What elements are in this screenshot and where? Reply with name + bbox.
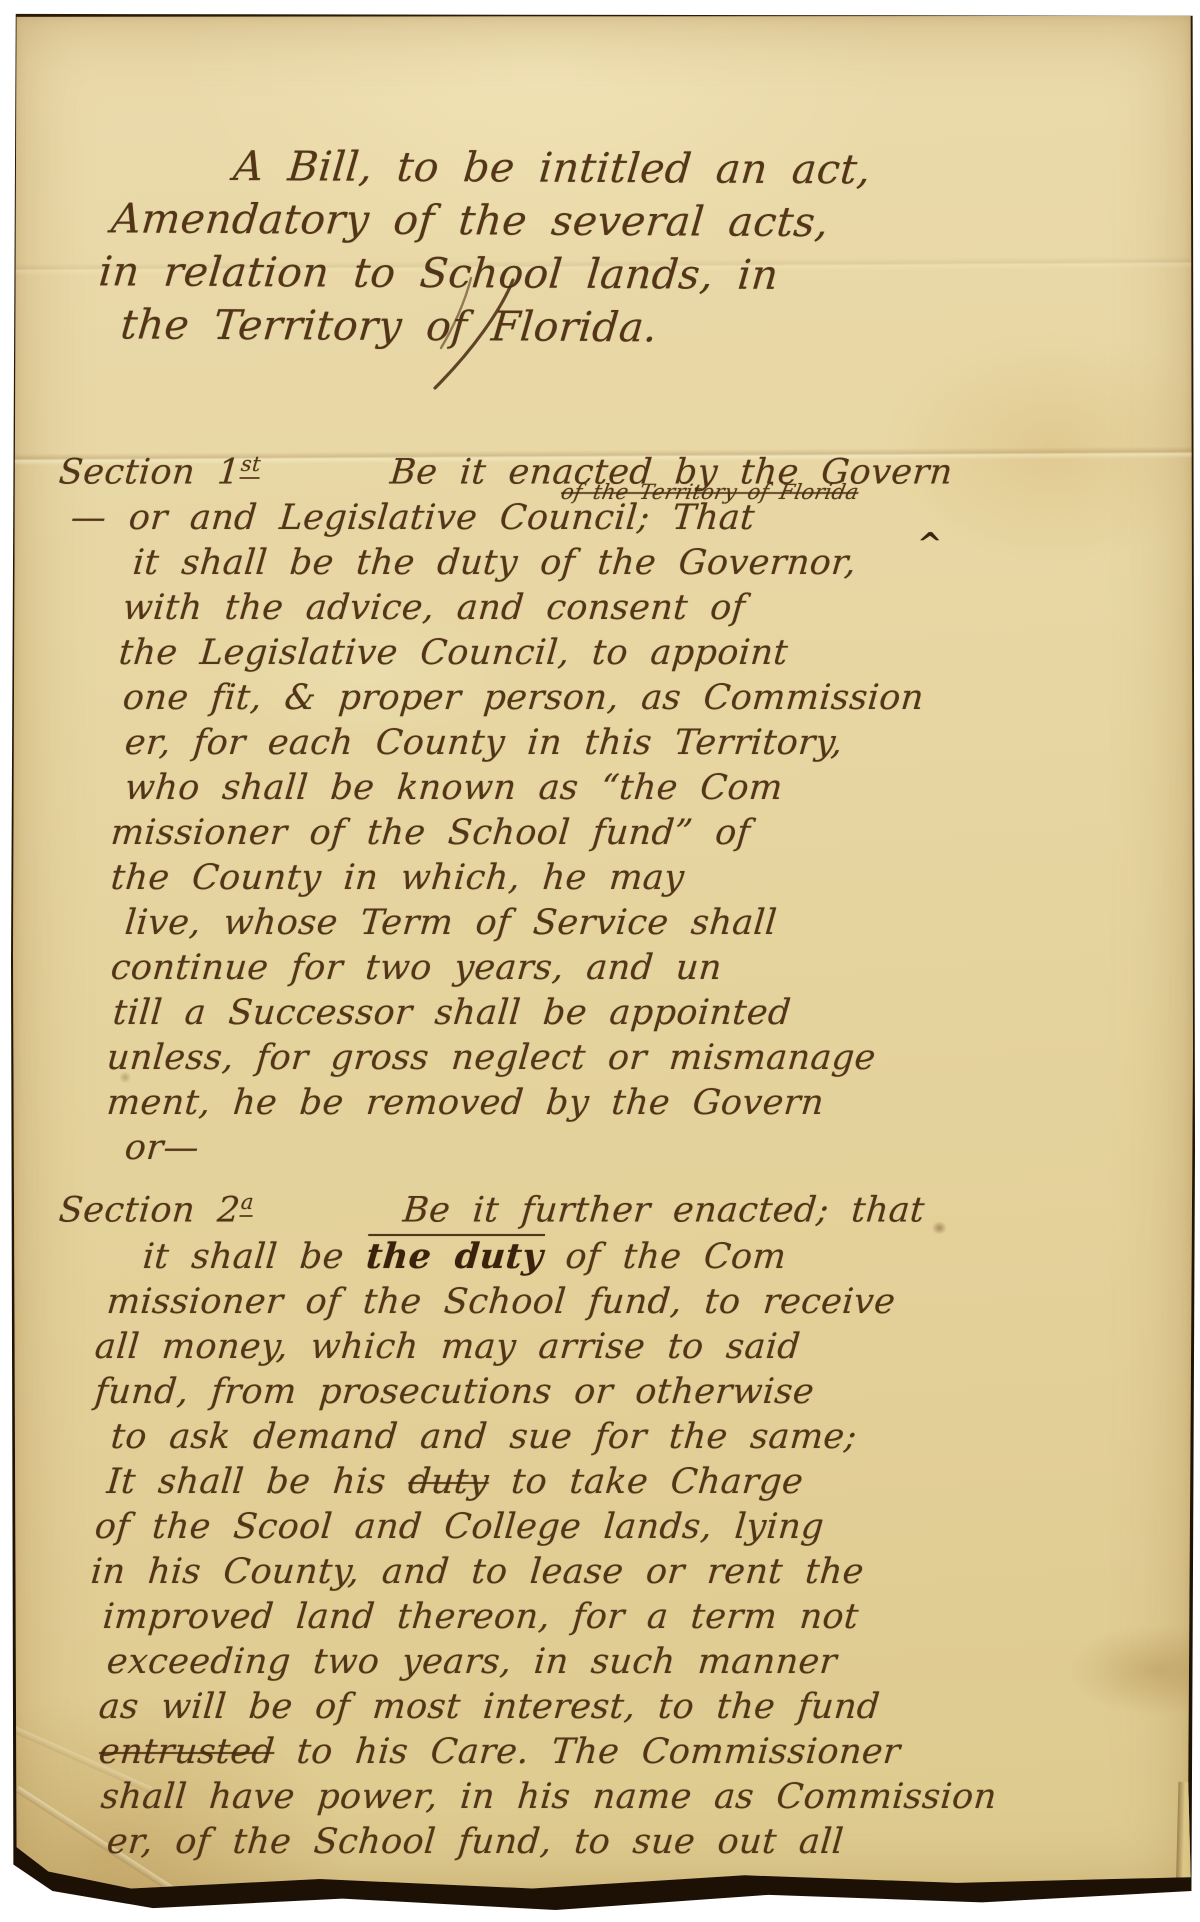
- manuscript-line: it shall be the duty of the Governor,: [131, 541, 1197, 586]
- manuscript-line: the County in which, he may: [109, 856, 1197, 901]
- title-line: A Bill, to be intitled an act,: [231, 140, 1198, 198]
- manuscript-line: continue for two years, and un: [109, 946, 1197, 991]
- title-line: Amendatory of the several acts,: [109, 192, 1198, 251]
- manuscript-line: shall have power, in his name as Commiss…: [99, 1775, 1197, 1820]
- section-1-ordinal-superscript: st: [240, 452, 262, 479]
- text-segment: the duty: [365, 1236, 545, 1277]
- manuscript-line: ment, he be removed by the Govern: [105, 1081, 1197, 1126]
- manuscript-line: exceeding two years, in such manner: [105, 1640, 1197, 1685]
- manuscript-line: the Legislative Council, to appoint: [117, 631, 1197, 676]
- pen-flourish-mark: [405, 276, 535, 396]
- manuscript-line: It shall be his duty to take Charge: [105, 1460, 1197, 1505]
- section-2-ordinal-superscript: a: [240, 1190, 255, 1217]
- manuscript-line: unless, for gross neglect or mismanage: [105, 1036, 1197, 1081]
- text-segment: to his Care. The Commissioner: [273, 1732, 902, 1772]
- manuscript-line: improved land thereon, for a term not: [101, 1595, 1197, 1640]
- text-segment: of the Com: [541, 1237, 788, 1277]
- manuscript-line: one fit, & proper person, as Commission: [121, 676, 1197, 721]
- section-1: Section 1stBe it enacted by the Govern o…: [13, 442, 1193, 1171]
- manuscript-line: with the advice, and consent of: [121, 586, 1197, 631]
- manuscript-line: who shall be known as “the Com: [123, 766, 1197, 811]
- manuscript-page: A Bill, to be intitled an act, Amendator…: [13, 14, 1193, 1896]
- manuscript-line: er, of the School fund, to sue out all: [105, 1820, 1197, 1865]
- manuscript-line: all money, which may arrise to said: [93, 1325, 1197, 1370]
- manuscript-line: fund, from prosecutions or otherwise: [93, 1370, 1197, 1415]
- interlinear-insertion: of the Territory of Florida: [557, 470, 863, 515]
- manuscript-line: entrusted to his Care. The Commissioner: [97, 1730, 1197, 1775]
- manuscript-line: till a Successor shall be appointed: [111, 991, 1197, 1036]
- manuscript-line: or—: [123, 1126, 1197, 1171]
- text-segment: It shall be his: [105, 1462, 410, 1502]
- manuscript-line: as will be of most interest, to the fund: [97, 1685, 1197, 1730]
- manuscript-line: it shall be the duty of the Com: [141, 1234, 1197, 1280]
- manuscript-line: of the Scool and College lands, lying: [93, 1505, 1197, 1550]
- section-2-heading-line: Section 2aBe it further enacted; that: [57, 1180, 1198, 1234]
- text-segment: it shall be: [141, 1237, 368, 1277]
- text-segment: entrusted: [97, 1732, 276, 1772]
- text-segment: duty: [407, 1462, 491, 1502]
- manuscript-line: missioner of the School fund, to receive: [105, 1280, 1197, 1325]
- section-1-label: Section 1st: [57, 442, 263, 496]
- section-2: Section 2aBe it further enacted; that it…: [13, 1180, 1193, 1865]
- manuscript-line: live, whose Term of Service shall: [123, 901, 1197, 946]
- document-title-block: A Bill, to be intitled an act, Amendator…: [12, 139, 1193, 357]
- manuscript-line: in his County, and to lease or rent the: [89, 1550, 1197, 1595]
- enacting-clause-text: Be it further enacted; that: [401, 1191, 926, 1231]
- manuscript-line: to ask demand and sue for the same;: [109, 1415, 1197, 1460]
- title-line: the Territory of Florida.: [118, 298, 1197, 357]
- text-segment: to take Charge: [487, 1462, 805, 1502]
- manuscript-line: missioner of the School fund” of: [109, 811, 1197, 856]
- manuscript-line: er, for each County in this Territory,: [123, 721, 1197, 766]
- section-2-label: Section 2a: [57, 1180, 256, 1234]
- title-line: in relation to School lands, in: [97, 245, 1198, 304]
- manuscript-line: of the Territory of Florida ^ — or and L…: [69, 496, 1197, 541]
